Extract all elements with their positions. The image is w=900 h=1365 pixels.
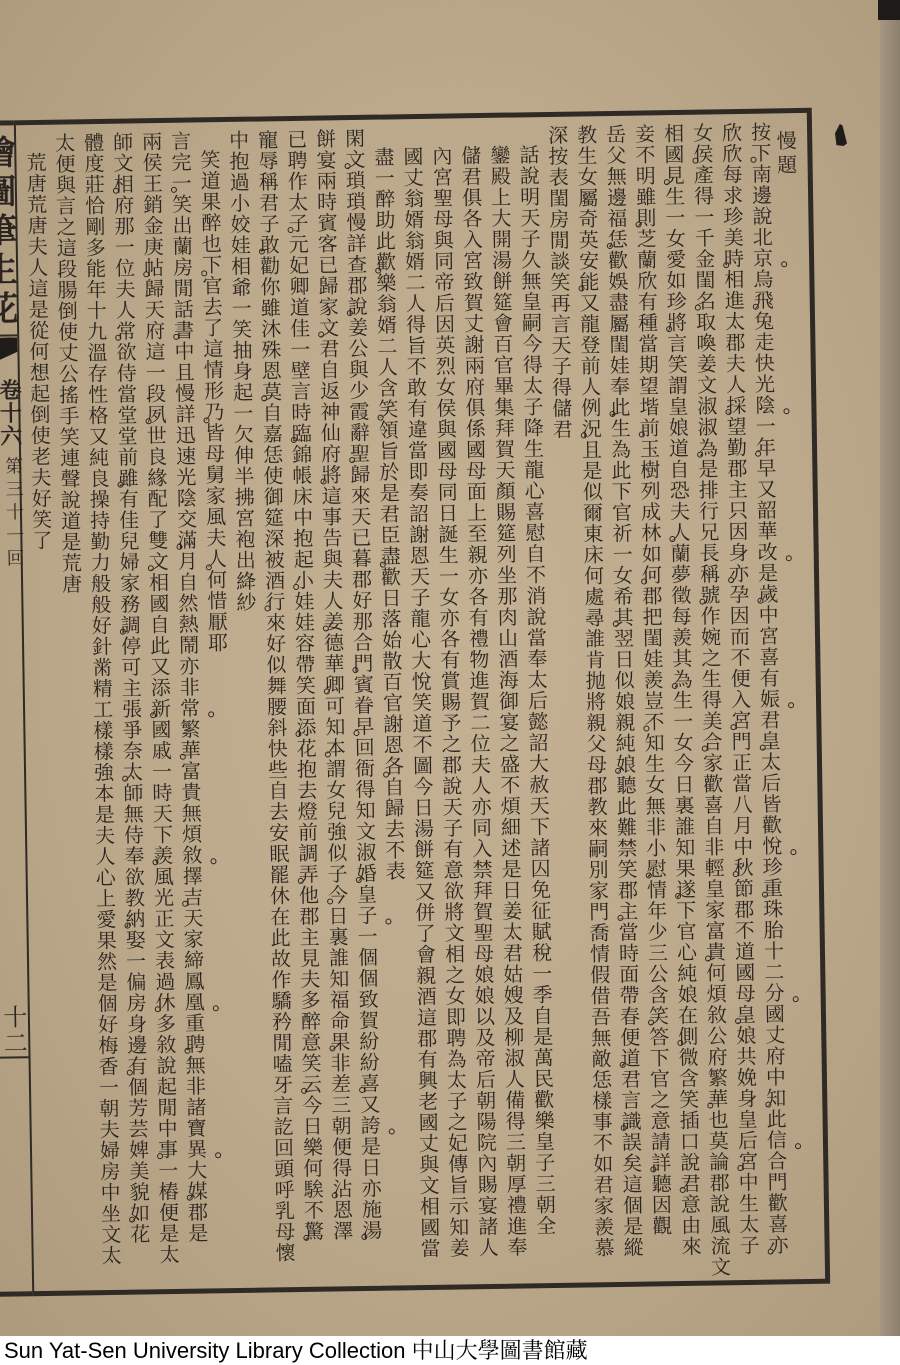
footer-bar: Sun Yat-Sen University Library Collectio… xyxy=(0,1336,900,1365)
spine-folio-number: 十二 xyxy=(0,1004,27,1056)
section-header: 慢題 xyxy=(770,130,800,178)
spine-rule xyxy=(0,334,17,337)
spine-book-title: 繪圖筆生花 xyxy=(0,134,17,330)
collection-credit: Sun Yat-Sen University Library Collectio… xyxy=(4,1336,588,1365)
spine-rule-bottom xyxy=(0,1291,32,1297)
scanned-book-page: 繪圖筆生花 卷十六 第三十一回 十二 慢題 按下南邊說北京。烏飛兔走快光陰。一年… xyxy=(0,0,880,1336)
spine-rule xyxy=(0,1056,29,1059)
spine-volume: 卷十六 xyxy=(0,378,22,447)
spine-chapter: 第三十一回 xyxy=(1,456,25,571)
scan-edge-strip xyxy=(880,0,900,1336)
spine-rule-top xyxy=(0,120,14,126)
scan-corner-block xyxy=(878,0,900,20)
text-block-frame: 繪圖筆生花 卷十六 第三十一回 十二 慢題 按下南邊說北京。烏飛兔走快光陰。一年… xyxy=(14,108,830,1296)
ink-blot-mark xyxy=(835,124,847,146)
fishtail-mark xyxy=(0,337,18,370)
